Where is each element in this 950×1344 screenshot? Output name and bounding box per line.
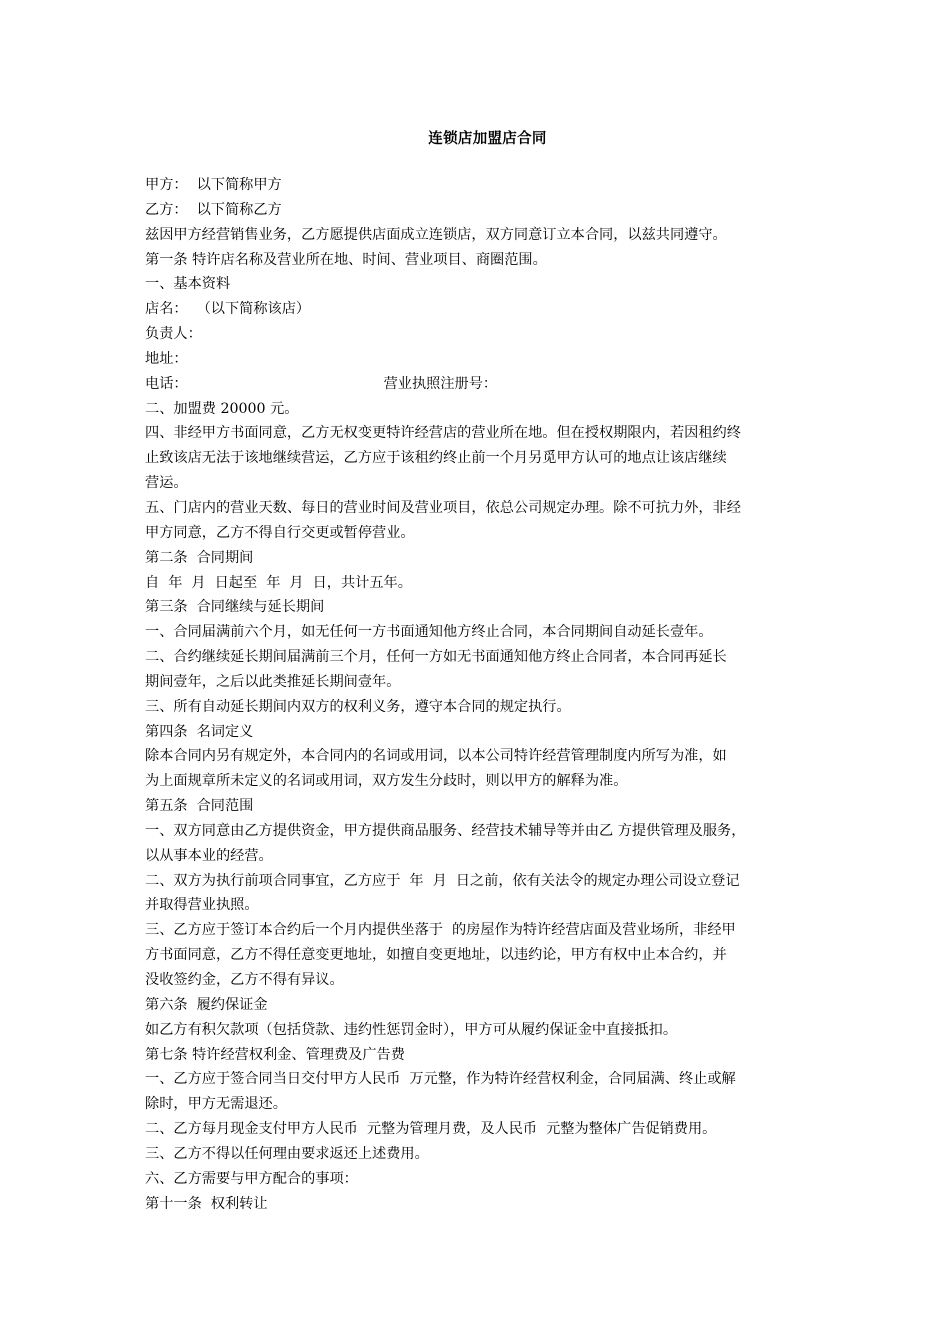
article-2-heading: 第二条 合同期间 [145, 546, 817, 571]
preamble-line: 兹因甲方经营销售业务，乙方愿提供店面成立连锁店，双方同意订立本合同，以兹共同遵守… [145, 223, 817, 248]
clause-4-line-1: 四、非经甲方书面同意，乙方无权变更特许经营店的营业所在地。但在授权期限内，若因租… [145, 421, 817, 446]
article-3-item-3: 三、所有自动延长期间内双方的权利义务，遵守本合同的规定执行。 [145, 695, 817, 720]
article-5-item-2-line-1: 二、双方为执行前项合同事宜，乙方应于 年 月 日之前，依有关法令的规定办理公司设… [145, 869, 817, 894]
article-11-heading: 第十一条 权利转让 [145, 1192, 817, 1217]
phone-license-line: 电话：营业执照注册号： [145, 372, 817, 397]
store-name-line: 店名： （以下简称该店） [145, 297, 817, 322]
article-5-item-3-line-2: 方书面同意，乙方不得任意变更地址，如擅自变更地址，以违约论，甲方有权中止本合约，… [145, 943, 817, 968]
article-1-heading: 第一条 特许店名称及营业所在地、时间、营业项目、商圈范围。 [145, 248, 817, 273]
article-7-heading: 第七条 特许经营权利金、管理费及广告费 [145, 1043, 817, 1068]
article-5-item-1-line-2: 以从事本业的经营。 [145, 844, 817, 869]
party-b-line: 乙方： 以下简称乙方 [145, 198, 817, 223]
article-7-item-3: 三、乙方不得以任何理由要求返还上述费用。 [145, 1142, 817, 1167]
article-5-item-2-line-2: 并取得营业执照。 [145, 893, 817, 918]
article-5-heading: 第五条 合同范围 [145, 794, 817, 819]
article-4-line-2: 为上面规章所未定义的名词或用词，双方发生分歧时，则以甲方的解释为准。 [145, 769, 817, 794]
franchise-fee-line: 二、加盟费 20000 元。 [145, 397, 817, 422]
article-3-item-1: 一、合同届满前六个月，如无任何一方书面通知他方终止合同，本合同期间自动延长壹年。 [145, 620, 817, 645]
clause-4-line-3: 营运。 [145, 471, 817, 496]
basic-info-heading: 一、基本资料 [145, 272, 817, 297]
article-6-line-1: 如乙方有积欠款项（包括贷款、违约性惩罚金时），甲方可从履约保证金中直接抵扣。 [145, 1018, 817, 1043]
clause-5-line-2: 甲方同意，乙方不得自行交更或暂停营业。 [145, 521, 817, 546]
responsible-person-line: 负责人： [145, 322, 817, 347]
address-line: 地址： [145, 347, 817, 372]
article-5-item-3-line-3: 没收签约金，乙方不得有异议。 [145, 968, 817, 993]
document-body: 甲方： 以下简称甲方 乙方： 以下简称乙方 兹因甲方经营销售业务，乙方愿提供店面… [145, 173, 817, 1216]
article-3-item-2-line-1: 二、合约继续延长期间届满前三个月，任何一方如无书面通知他方终止合同者，本合同再延… [145, 645, 817, 670]
article-5-item-3-line-1: 三、乙方应于签订本合约后一个月内提供坐落于 的房屋作为特许经营店面及营业场所，非… [145, 918, 817, 943]
phone-label: 电话： [145, 376, 188, 392]
article-6-heading: 第六条 履约保证金 [145, 993, 817, 1018]
article-3-heading: 第三条 合同继续与延长期间 [145, 595, 817, 620]
article-7-item-1-line-2: 除时，甲方无需退还。 [145, 1092, 817, 1117]
document-page: 连锁店加盟店合同 甲方： 以下简称甲方 乙方： 以下简称乙方 兹因甲方经营销售业… [0, 0, 950, 1344]
clause-5-line-1: 五、门店内的营业天数、每日的营业时间及营业项目，依总公司规定办理。除不可抗力外，… [145, 496, 817, 521]
article-7-item-2: 二、乙方每月现金支付甲方人民币 元整为管理月费，及人民币 元整为整体广告促销费用… [145, 1117, 817, 1142]
article-4-line-1: 除本合同内另有规定外，本合同内的名词或用词，以本公司特许经营管理制度内所写为准，… [145, 744, 817, 769]
document-title: 连锁店加盟店合同 [0, 127, 950, 148]
cooperation-items-line: 六、乙方需要与甲方配合的事项： [145, 1167, 817, 1192]
contract-period-line: 自 年 月 日起至 年 月 日，共计五年。 [145, 571, 817, 596]
article-5-item-1-line-1: 一、双方同意由乙方提供资金，甲方提供商品服务、经营技术辅导等并由乙 方提供管理及… [145, 819, 817, 844]
license-number-label: 营业执照注册号： [384, 376, 498, 392]
article-3-item-2-line-2: 期间壹年，之后以此类推延长期间壹年。 [145, 670, 817, 695]
party-a-line: 甲方： 以下简称甲方 [145, 173, 817, 198]
clause-4-line-2: 止致该店无法于该地继续营运，乙方应于该租约终止前一个月另觅甲方认可的地点让该店继… [145, 446, 817, 471]
article-4-heading: 第四条 名词定义 [145, 720, 817, 745]
article-7-item-1-line-1: 一、乙方应于签合同当日交付甲方人民币 万元整，作为特许经营权利金，合同届满、终止… [145, 1067, 817, 1092]
